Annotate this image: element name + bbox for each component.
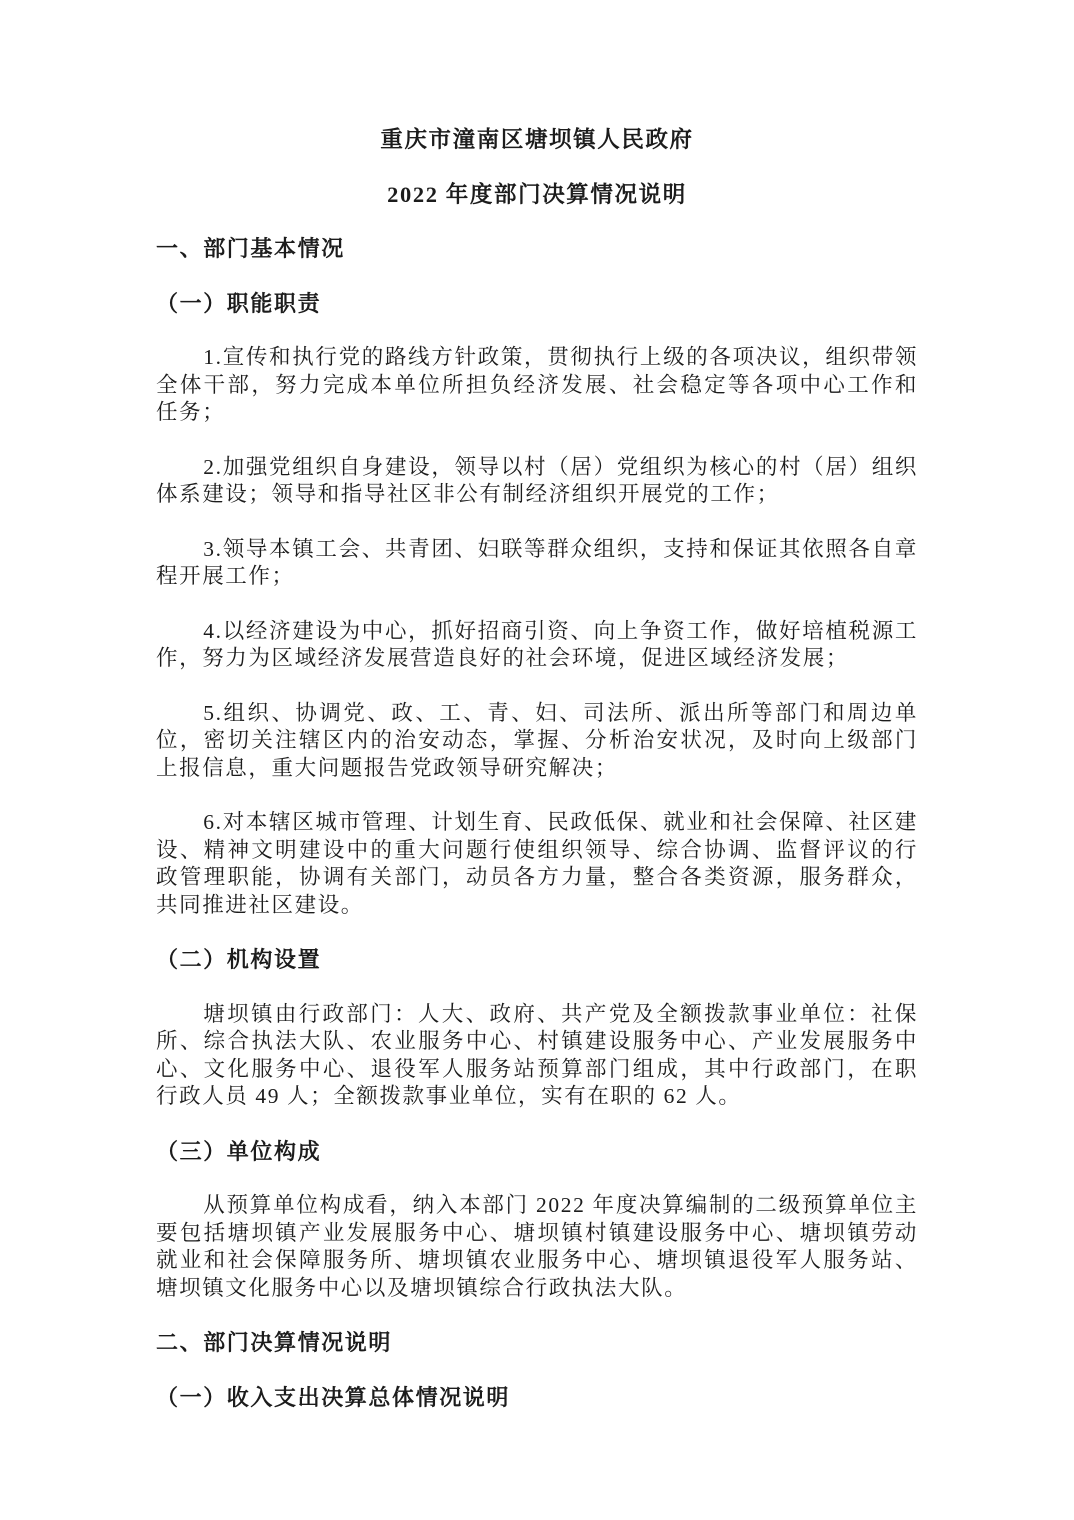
- body-paragraph-duty-5: 5.组织、协调党、政、工、青、妇、司法所、派出所等部门和周边单位，密切关注辖区内…: [156, 700, 918, 783]
- body-paragraph-duty-1: 1.宣传和执行党的路线方针政策，贯彻执行上级的各项决议，组织带领全体干部，努力完…: [156, 344, 918, 427]
- section-heading-basic-info: 一、部门基本情况: [156, 235, 918, 263]
- body-paragraph-duty-6: 6.对本辖区城市管理、计划生育、民政低保、就业和社会保障、社区建设、精神文明建设…: [156, 809, 918, 919]
- doc-subtitle: 2022 年度部门决算情况说明: [156, 181, 918, 209]
- body-paragraph-unit-composition: 从预算单位构成看，纳入本部门 2022 年度决算编制的二级预算单位主要包括塘坝镇…: [156, 1192, 918, 1302]
- body-paragraph-org-structure: 塘坝镇由行政部门：人大、政府、共产党及全额拨款事业单位：社保所、综合执法大队、农…: [156, 1001, 918, 1111]
- body-paragraph-duty-2: 2.加强党组织自身建设，领导以村（居）党组织为核心的村（居）组织体系建设；领导和…: [156, 454, 918, 509]
- body-paragraph-duty-3: 3.领导本镇工会、共青团、妇联等群众组织，支持和保证其依照各自章程开展工作；: [156, 536, 918, 591]
- subsection-heading-income-expense-overview: （一）收入支出决算总体情况说明: [156, 1384, 918, 1412]
- body-paragraph-duty-4: 4.以经济建设为中心，抓好招商引资、向上争资工作，做好培植税源工作，努力为区域经…: [156, 618, 918, 673]
- document-page: 重庆市潼南区塘坝镇人民政府 2022 年度部门决算情况说明 一、部门基本情况 （…: [156, 0, 918, 1411]
- section-heading-final-accounts: 二、部门决算情况说明: [156, 1329, 918, 1357]
- doc-title: 重庆市潼南区塘坝镇人民政府: [156, 126, 918, 154]
- subsection-heading-org-structure: （二）机构设置: [156, 946, 918, 974]
- subsection-heading-unit-composition: （三）单位构成: [156, 1138, 918, 1166]
- subsection-heading-duties: （一）职能职责: [156, 290, 918, 318]
